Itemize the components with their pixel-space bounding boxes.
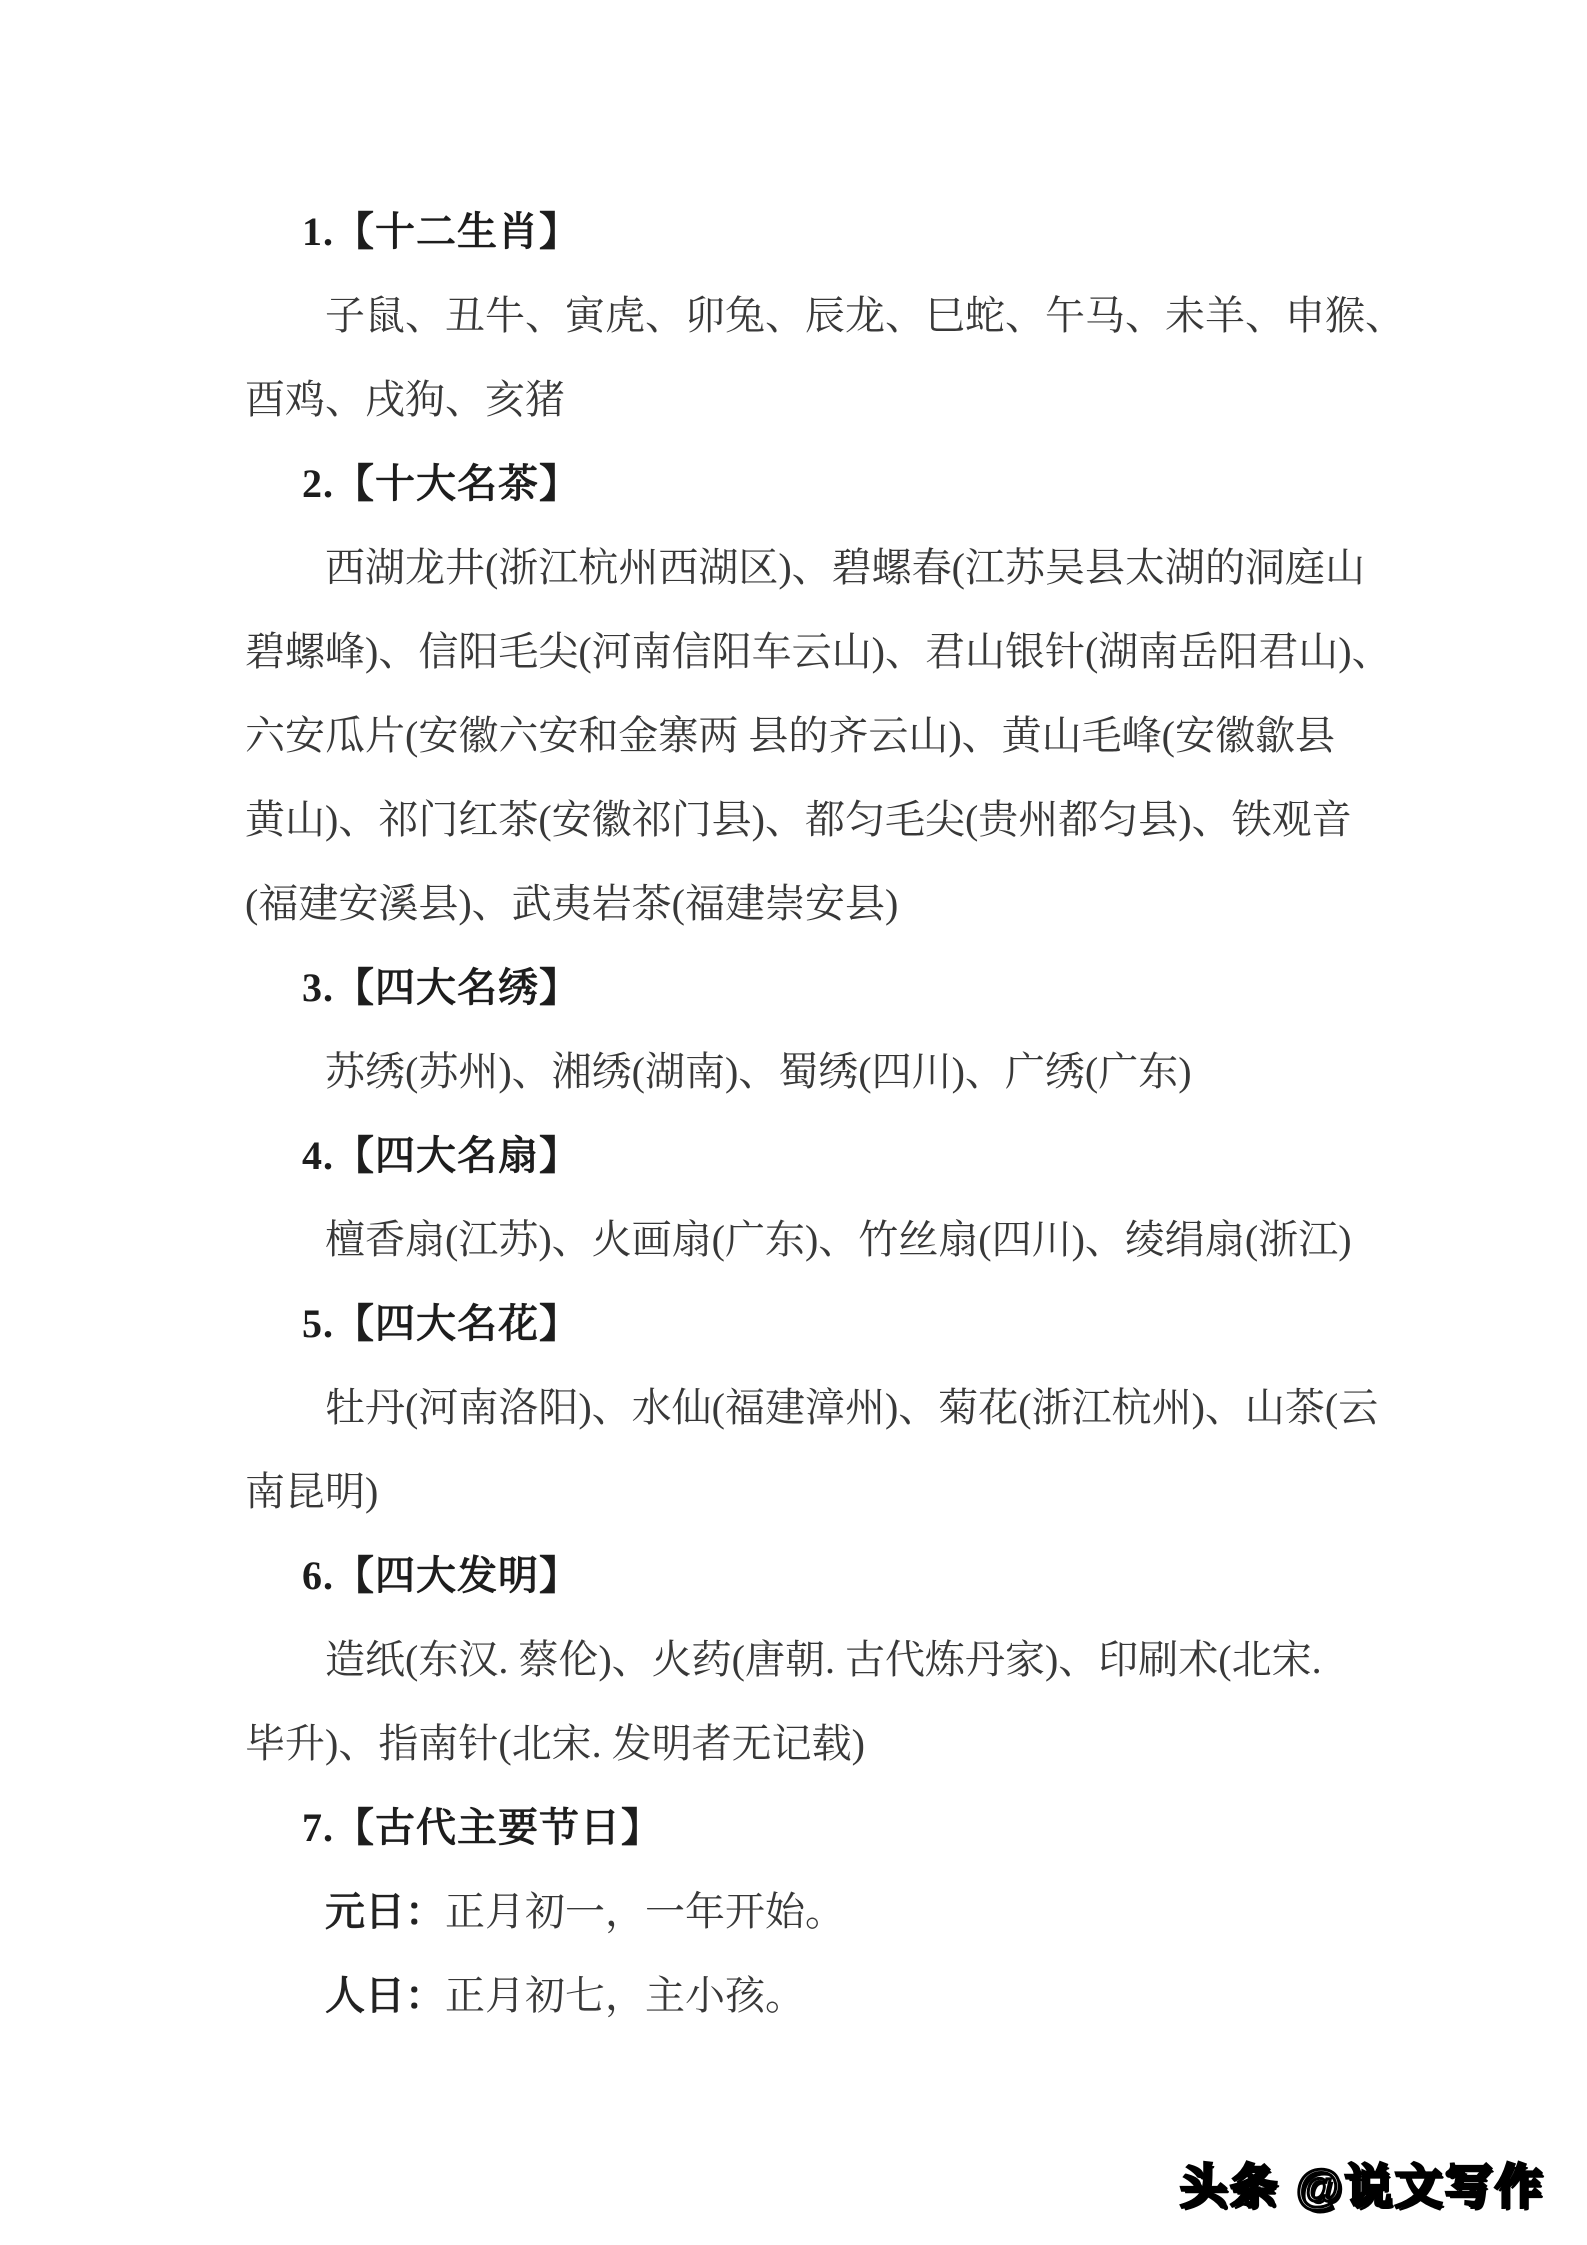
line-text: 正月初七，主小孩。 [445,1973,805,2018]
line-text: 六安瓜片(安徽六安和金寨两 县的齐云山)、黄山毛峰(安徽歙县 [245,713,1335,758]
section: 7.【古代主要节日】元日：正月初一，一年开始。人日：正月初七，主小孩。 [245,1786,1427,2038]
paragraph-line: 酉鸡、戌狗、亥猪 [245,358,1427,442]
paragraph-line: 黄山)、祁门红茶(安徽祁门县)、都匀毛尖(贵州都匀县)、铁观音 [245,778,1427,862]
paragraph-line: (福建安溪县)、武夷岩茶(福建崇安县) [245,862,1427,946]
section-heading: 3.【四大名绣】 [302,946,1427,1030]
paragraph-line: 元日：正月初一，一年开始。 [245,1870,1427,1954]
paragraph-line: 造纸(东汉. 蔡伦)、火药(唐朝. 古代炼丹家)、印刷术(北宋. [245,1618,1427,1702]
paragraph-line: 牡丹(河南洛阳)、水仙(福建漳州)、菊花(浙江杭州)、山茶(云 [245,1366,1427,1450]
section: 4.【四大名扇】檀香扇(江苏)、火画扇(广东)、竹丝扇(四川)、绫绢扇(浙江) [245,1114,1427,1282]
line-text: 檀香扇(江苏)、火画扇(广东)、竹丝扇(四川)、绫绢扇(浙江) [325,1217,1352,1262]
line-text: 牡丹(河南洛阳)、水仙(福建漳州)、菊花(浙江杭州)、山茶(云 [325,1385,1378,1430]
line-text: 黄山)、祁门红茶(安徽祁门县)、都匀毛尖(贵州都匀县)、铁观音 [245,797,1352,842]
paragraph-line: 檀香扇(江苏)、火画扇(广东)、竹丝扇(四川)、绫绢扇(浙江) [245,1198,1427,1282]
line-prefix: 人日： [325,1973,445,2018]
section-heading: 6.【四大发明】 [302,1534,1427,1618]
paragraph-line: 子鼠、丑牛、寅虎、卯兔、辰龙、巳蛇、午马、未羊、申猴、 [245,274,1427,358]
section: 2.【十大名茶】西湖龙井(浙江杭州西湖区)、碧螺春(江苏吴县太湖的洞庭山碧螺峰)… [245,442,1427,946]
section-heading: 1.【十二生肖】 [302,190,1427,274]
section-heading: 4.【四大名扇】 [302,1114,1427,1198]
paragraph-line: 人日：正月初七，主小孩。 [245,1954,1427,2038]
paragraph-line: 六安瓜片(安徽六安和金寨两 县的齐云山)、黄山毛峰(安徽歙县 [245,694,1427,778]
paragraph-line: 南昆明) [245,1450,1427,1534]
line-text: 子鼠、丑牛、寅虎、卯兔、辰龙、巳蛇、午马、未羊、申猴、 [325,293,1405,338]
line-text: 南昆明) [245,1469,378,1514]
line-text: 毕升)、指南针(北宋. 发明者无记载) [245,1721,865,1766]
section-heading: 7.【古代主要节日】 [302,1786,1427,1870]
watermark: 头条 @说文写作 [1180,2150,1545,2217]
section-heading: 2.【十大名茶】 [302,442,1427,526]
line-text: 正月初一，一年开始。 [445,1889,845,1934]
line-text: 碧螺峰)、信阳毛尖(河南信阳车云山)、君山银针(湖南岳阳君山)、 [245,629,1392,674]
paragraph-line: 西湖龙井(浙江杭州西湖区)、碧螺春(江苏吴县太湖的洞庭山 [245,526,1427,610]
line-text: 苏绣(苏州)、湘绣(湖南)、蜀绣(四川)、广绣(广东) [325,1049,1192,1094]
line-text: 造纸(东汉. 蔡伦)、火药(唐朝. 古代炼丹家)、印刷术(北宋. [325,1637,1322,1682]
paragraph-line: 毕升)、指南针(北宋. 发明者无记载) [245,1702,1427,1786]
paragraph-line: 碧螺峰)、信阳毛尖(河南信阳车云山)、君山银针(湖南岳阳君山)、 [245,610,1427,694]
line-text: (福建安溪县)、武夷岩茶(福建崇安县) [245,881,898,926]
section-heading: 5.【四大名花】 [302,1282,1427,1366]
section: 1.【十二生肖】子鼠、丑牛、寅虎、卯兔、辰龙、巳蛇、午马、未羊、申猴、酉鸡、戌狗… [245,190,1427,442]
line-text: 酉鸡、戌狗、亥猪 [245,377,565,422]
section: 6.【四大发明】造纸(东汉. 蔡伦)、火药(唐朝. 古代炼丹家)、印刷术(北宋.… [245,1534,1427,1786]
document-page: 1.【十二生肖】子鼠、丑牛、寅虎、卯兔、辰龙、巳蛇、午马、未羊、申猴、酉鸡、戌狗… [0,0,1587,2038]
line-text: 西湖龙井(浙江杭州西湖区)、碧螺春(江苏吴县太湖的洞庭山 [325,545,1365,590]
line-prefix: 元日： [325,1889,445,1934]
document-content: 1.【十二生肖】子鼠、丑牛、寅虎、卯兔、辰龙、巳蛇、午马、未羊、申猴、酉鸡、戌狗… [0,0,1587,2038]
section: 5.【四大名花】牡丹(河南洛阳)、水仙(福建漳州)、菊花(浙江杭州)、山茶(云南… [245,1282,1427,1534]
section: 3.【四大名绣】苏绣(苏州)、湘绣(湖南)、蜀绣(四川)、广绣(广东) [245,946,1427,1114]
paragraph-line: 苏绣(苏州)、湘绣(湖南)、蜀绣(四川)、广绣(广东) [245,1030,1427,1114]
